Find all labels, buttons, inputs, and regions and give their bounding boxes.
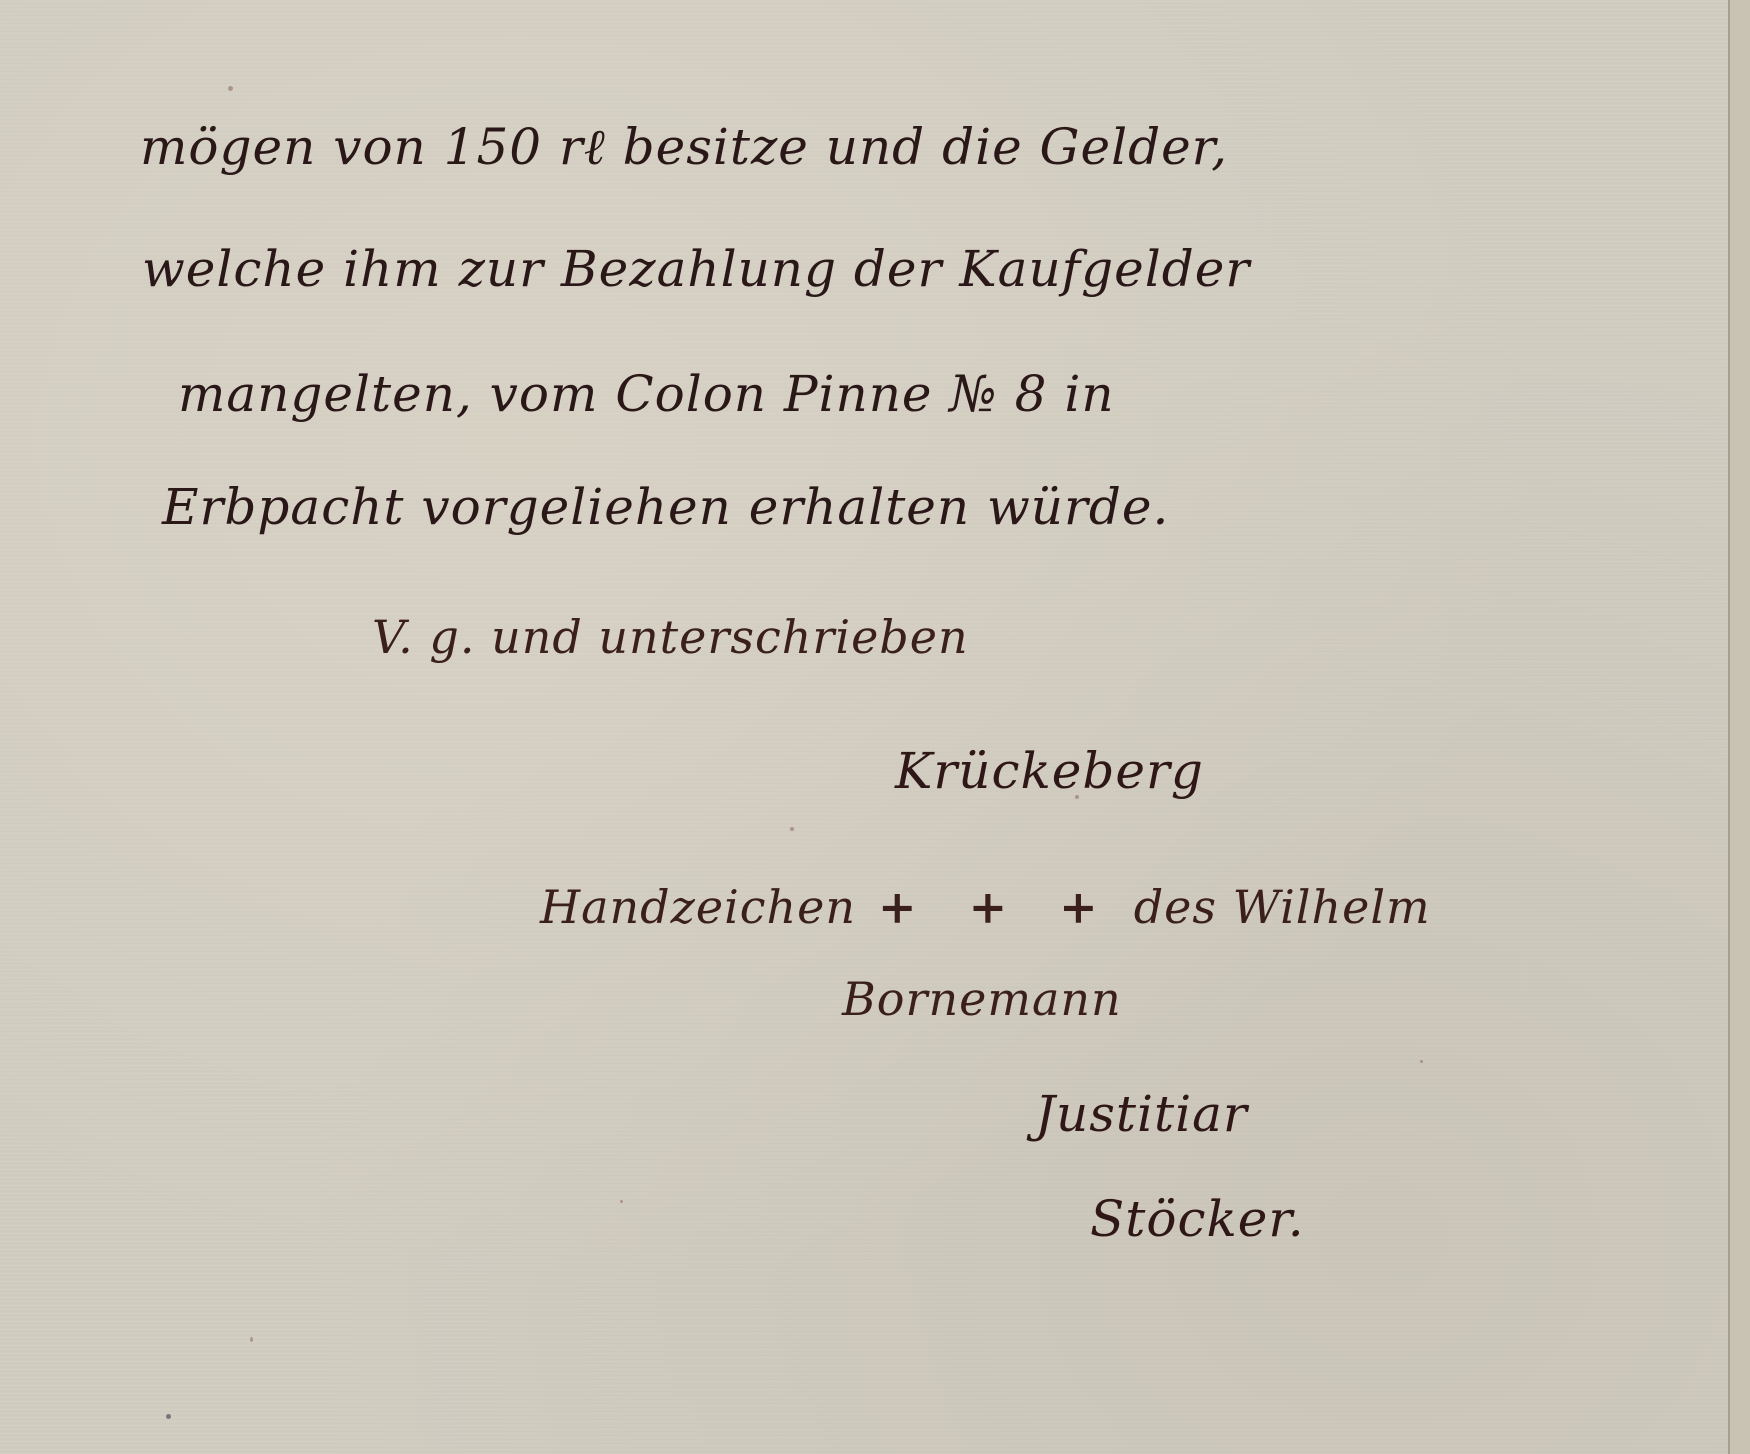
witness-surname: Bornemann — [842, 972, 1122, 1026]
paper-speck — [620, 1200, 623, 1203]
signature-kruckeberg: Krückeberg — [895, 742, 1204, 800]
body-line-4: Erbpacht vorgeliehen erhalten würde. — [162, 478, 1169, 536]
adjacent-page-margin — [1730, 0, 1750, 1454]
witness-mark-crosses: + + + — [878, 880, 1116, 934]
paper-speck — [166, 1414, 171, 1419]
manuscript-page: mögen von 150 rℓ besitze und die Gelder,… — [0, 0, 1728, 1454]
paper-speck — [228, 86, 233, 91]
official-signature: Stöcker. — [1090, 1190, 1305, 1248]
witness-mark-of: des Wilhelm — [1134, 880, 1431, 934]
official-title: Justitiar — [1035, 1085, 1248, 1143]
closing-formula: V. g. und unterschrieben — [372, 610, 969, 664]
witness-mark-line: Handzeichen+ + +des Wilhelm — [540, 880, 1431, 934]
paper-speck — [250, 1337, 253, 1342]
paper-speck — [790, 827, 794, 831]
body-line-1: mögen von 150 rℓ besitze und die Gelder, — [140, 118, 1228, 176]
body-line-3: mangelten, vom Colon Pinne № 8 in — [178, 365, 1115, 423]
paper-speck — [1075, 795, 1079, 799]
witness-mark-label: Handzeichen — [540, 880, 856, 934]
body-line-2: welche ihm zur Bezahlung der Kaufgelder — [142, 240, 1250, 298]
paper-speck — [1420, 1060, 1423, 1063]
